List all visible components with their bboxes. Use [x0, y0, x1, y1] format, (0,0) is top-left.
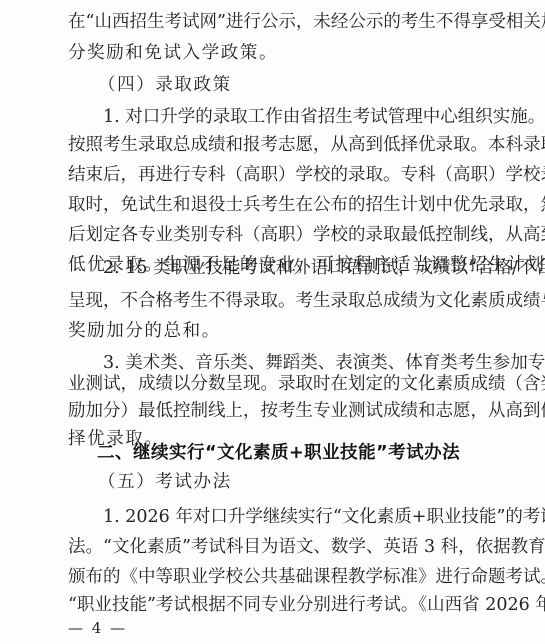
- paragraph-line: 奖励加分的总和。: [68, 319, 484, 343]
- paragraph-line: 分奖励和免试入学政策。: [68, 41, 484, 65]
- paragraph-line: 励加分）最低控制线上，按考生专业测试成绩和志愿，从高到低: [68, 399, 484, 423]
- paragraph-line: 业测试，成绩以分数呈现。录取时在划定的文化素质成绩（含奖: [68, 372, 484, 396]
- paragraph-line: 按照考生录取总成绩和报考志愿，从高到低择优录取。本科录取: [68, 133, 484, 157]
- paragraph-line: 呈现，不合格考生不得录取。考生录取总成绩为文化素质成绩与: [68, 289, 484, 313]
- section-subheading: （五）考试办法: [98, 470, 514, 494]
- section-heading: 二、继续实行“文化素质+职业技能”考试办法: [97, 441, 484, 465]
- paragraph-line: 1. 对口升学的录取工作由省招生考试管理中心组织实施。: [103, 105, 484, 129]
- paragraph-line: 结束后，再进行专科（高职）学校的录取。专科（高职）学校录: [68, 163, 484, 187]
- paragraph-line: 2. 15 类职业技能考试和外语口语测试，成绩以“合格/不合格”: [103, 256, 484, 280]
- paragraph-line: 取时，免试生和退役士兵考生在公布的招生计划中优先录取，然: [68, 193, 484, 217]
- paragraph-line: 在“山西招生考试网”进行公示，未经公示的考生不得享受相关加: [68, 10, 484, 34]
- paragraph-line: 法。“文化素质”考试科目为语文、数学、英语 3 科，依据教育部: [68, 535, 484, 559]
- paragraph-line: 后划定各专业类别专科（高职）学校的录取最低控制线，从高到: [68, 223, 484, 247]
- paragraph-line: 1. 2026 年对口升学继续实行“文化素质+职业技能”的考试办: [103, 505, 484, 529]
- section-subheading: （四）录取政策: [98, 73, 514, 97]
- paragraph-line: “职业技能”考试根据不同专业分别进行考试。《山西省 2026 年对: [68, 593, 484, 617]
- page-number: — 4 —: [68, 617, 127, 639]
- paragraph-line: 颁布的《中等职业学校公共基础课程教学标准》进行命题考试。: [68, 565, 484, 589]
- document-page: 在“山西招生考试网”进行公示，未经公示的考生不得享受相关加 分奖励和免试入学政策…: [0, 0, 545, 644]
